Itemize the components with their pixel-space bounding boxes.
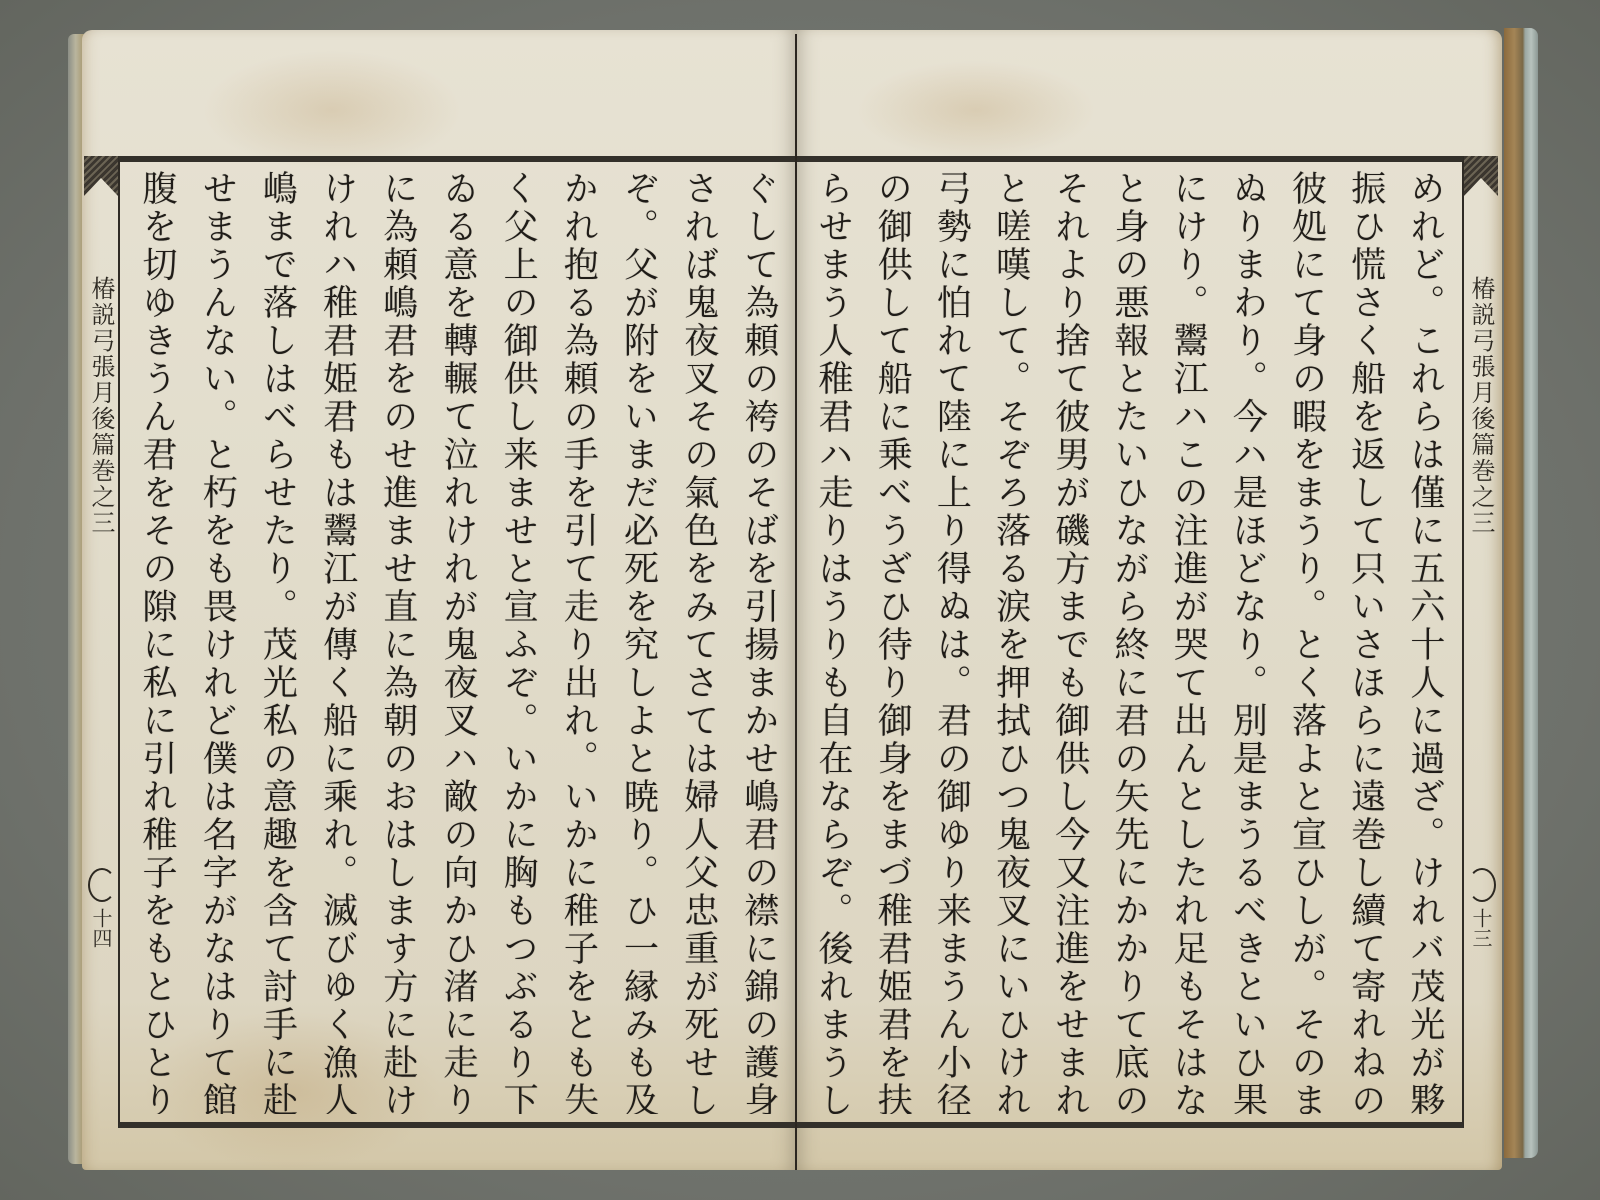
text-column: らせまう人稚君ハ走りはうりも自在ならぞ。後れまうして八便なしとくとくそ (804, 170, 862, 1114)
text-column: 弓勢に怕れて陸に上り得ぬは。君の御ゆり来まうん小径もありて。かれは君 (922, 170, 980, 1114)
fishtail-mark-icon (1464, 156, 1498, 196)
left-page-number: 十四 (87, 908, 115, 948)
fishtail-mark-icon (84, 156, 118, 196)
left-text-frame: ぐして為頼の袴のそばを引揚まかせ嶋君の襟に錦の護身嚢をかけ されば鬼夜叉その氣色… (118, 156, 796, 1128)
text-column: と身の悪報とたいひながら終に君の矢先にかかりて底の水屑となりにけれ。 (1100, 170, 1158, 1114)
text-column: ゐる意を轉輾て泣れけれが鬼夜叉ハ敵の向かひ渚に走りいでて船底 (429, 170, 487, 1114)
text-column: の御供して船に乗べうざひ待り御身をまづ稚君姫君を扶引て船に乗しまね (863, 170, 921, 1114)
left-margin-title: 椿説弓張月後篇巻之三 (87, 276, 115, 536)
paper-stain (856, 60, 1096, 160)
text-column: 振ひ慌さく船を返して只いさほらに遠巻し續て寄れねのもあり。僕 (1337, 170, 1395, 1114)
right-page-number: 十三 (1467, 908, 1495, 948)
text-column: ぞ。父が附をいまだ必死を究しよと暁り。ひ一縁みも及ばず是引て嶋君 (610, 170, 668, 1114)
text-column: それより捨て彼男が磯方までも御供し今又注進をせまれ愛うしき志あり (1041, 170, 1099, 1114)
open-book: 椿説弓張月後篇巻之三 十四 ぐして為頼の袴のそばを引揚まかせ嶋君の襟に錦の護身嚢… (68, 20, 1538, 1172)
left-page: 椿説弓張月後篇巻之三 十四 ぐして為頼の袴のそばを引揚まかせ嶋君の襟に錦の護身嚢… (82, 30, 796, 1170)
text-column: 嶋まで落しはべらせたり。茂光私の意趣を含て討手に赴きしに走り自殺 (248, 170, 306, 1114)
right-page-margin: 椿説弓張月後篇巻之三 十三 (1464, 156, 1498, 1128)
right-text-columns: めれど。これらは僅に五六十人に過ざ。けれバ茂光が夥の官軍。この為体に呑れ 振ひ慌… (804, 170, 1454, 1114)
fold-circle-mark-icon (88, 868, 116, 902)
text-column: せまうんない。と朽をも畏けれど僕は名字がなはりて館に火を放煙の中まで (188, 170, 246, 1114)
text-column: されば鬼夜叉その氣色をみてさては婦人父忠重が死せしを知て君 (670, 170, 728, 1114)
text-column: ぐして為頼の袴のそばを引揚まかせ嶋君の襟に錦の護身嚢をかけ (730, 170, 788, 1114)
book-cover-edge-right (1504, 28, 1538, 1158)
text-column: 腹を切ゆきうん君をその隙に私に引れ稚子をもとひとりになりて八郎嶋 (128, 170, 186, 1114)
text-column: 彼処にて身の暇をまうり。とく落よと宣ひしが。そのまを告まうらんまをふ (1278, 170, 1336, 1114)
text-column: く父上の御供し来ませと宣ふぞ。いかに胸もつぶるり下ておろしく (489, 170, 547, 1114)
book-spine-fold (795, 34, 797, 1170)
left-text-columns: ぐして為頼の袴のそばを引揚まかせ嶋君の襟に錦の護身嚢をかけ されば鬼夜叉その氣色… (128, 170, 788, 1114)
text-column: かれ抱る為頼の手を引て走り出れ。いかに稚子をとも失なひて鬻江早 (549, 170, 607, 1114)
text-column: にけり。鬻江ハこの注進が哭て出んとしたれ足もそはなど。ああ恋や。その父 (1159, 170, 1217, 1114)
left-page-margin: 椿説弓張月後篇巻之三 十四 (84, 156, 118, 1128)
fold-circle-mark-icon (1468, 868, 1496, 902)
text-column: けれハ稚君姫君もは鬻江が傳く船に乘れ。滅びゆく漁人一両人が相語で利 (309, 170, 367, 1114)
right-text-frame: めれど。これらは僅に五六十人に過ざ。けれバ茂光が夥の官軍。この為体に呑れ 振ひ慌… (796, 156, 1464, 1128)
paper-stain (202, 50, 462, 170)
text-column: めれど。これらは僅に五六十人に過ざ。けれバ茂光が夥の官軍。この為体に呑れ (1396, 170, 1454, 1114)
right-margin-title: 椿説弓張月後篇巻之三 (1467, 276, 1495, 536)
right-page: 椿説弓張月後篇巻之三 十三 めれど。これらは僅に五六十人に過ざ。けれバ茂光が夥の… (796, 30, 1502, 1170)
text-column: に為頼嶋君をのせ進ませ直に為朝のおはします方に赴けそ侍つてい (369, 170, 427, 1114)
text-column: ぬりまわり。今ハ是ほどなり。別是まうるべきといひ果て行方も知ず汝なり (1218, 170, 1276, 1114)
text-column: と嗟嘆して。そぞろ落る涙を押拭ひつ鬼夜叉にいひけれハ寄手の曹司の (982, 170, 1040, 1114)
